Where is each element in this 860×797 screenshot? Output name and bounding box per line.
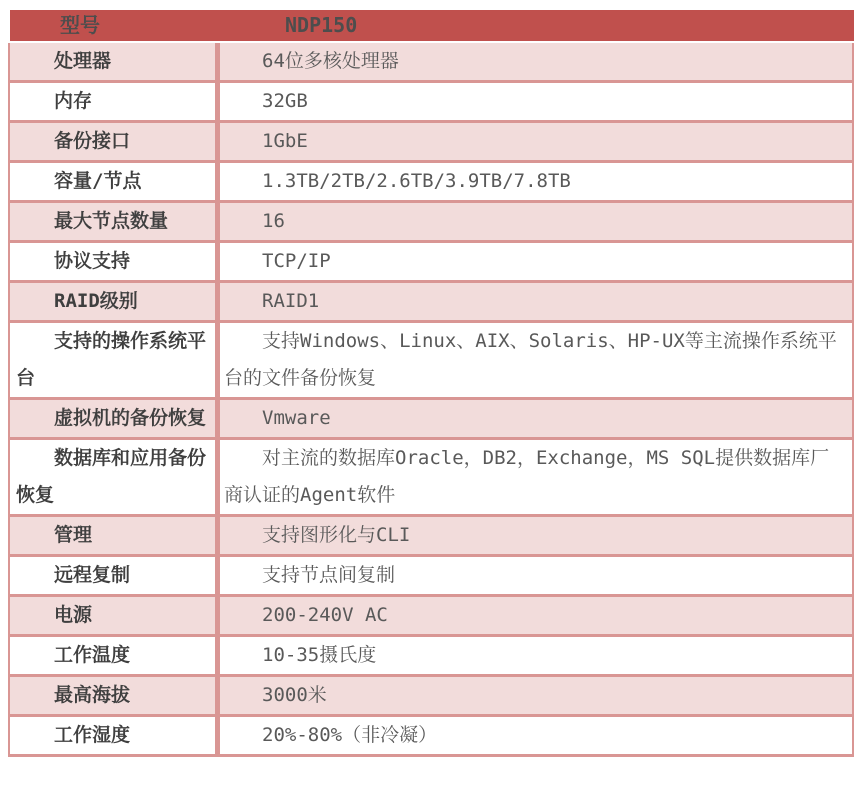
spec-name-cell: 远程复制	[10, 557, 220, 594]
spec-value-cell: 1.3TB/2TB/2.6TB/3.9TB/7.8TB	[220, 163, 852, 200]
table-header-row: 型号 NDP150	[10, 10, 854, 41]
header-model-label: 型号	[10, 10, 222, 41]
spec-value-cell: 200-240V AC	[220, 597, 852, 634]
spec-value: 32GB	[224, 83, 846, 120]
spec-name: 工作湿度	[16, 717, 213, 754]
table-row: 电源 200-240V AC	[10, 597, 852, 637]
table-row: 虚拟机的备份恢复 Vmware	[10, 400, 852, 440]
spec-name-cell: RAID级别	[10, 283, 220, 320]
spec-value-cell: 64位多核处理器	[220, 43, 852, 80]
spec-value-cell: 10-35摄氏度	[220, 637, 852, 674]
spec-value: 1.3TB/2TB/2.6TB/3.9TB/7.8TB	[224, 163, 846, 200]
spec-value: 20%-80%（非冷凝）	[224, 717, 846, 754]
spec-value: 3000米	[224, 677, 846, 714]
spec-value: 支持Windows、Linux、AIX、Solaris、HP-UX等主流操作系统…	[224, 323, 846, 397]
spec-name-cell: 备份接口	[10, 123, 220, 160]
table-row: 内存 32GB	[10, 83, 852, 123]
spec-name: 协议支持	[16, 243, 213, 280]
spec-value: Vmware	[224, 400, 846, 437]
table-row: 管理 支持图形化与CLI	[10, 517, 852, 557]
spec-name: 最高海拔	[16, 677, 213, 714]
spec-value-cell: 16	[220, 203, 852, 240]
spec-value-cell: 支持Windows、Linux、AIX、Solaris、HP-UX等主流操作系统…	[220, 323, 852, 397]
spec-name-cell: 最高海拔	[10, 677, 220, 714]
spec-value-cell: 支持节点间复制	[220, 557, 852, 594]
spec-value: 200-240V AC	[224, 597, 846, 634]
spec-value: 支持节点间复制	[224, 557, 846, 594]
table-row: 容量/节点 1.3TB/2TB/2.6TB/3.9TB/7.8TB	[10, 163, 852, 203]
spec-value: TCP/IP	[224, 243, 846, 280]
spec-value: 支持图形化与CLI	[224, 517, 846, 554]
spec-name: 虚拟机的备份恢复	[16, 400, 213, 437]
spec-name-cell: 工作温度	[10, 637, 220, 674]
table-row: 数据库和应用备份恢复 对主流的数据库Oracle，DB2，Exchange，MS…	[10, 440, 852, 517]
table-body: 处理器 64位多核处理器 内存 32GB 备份接口 1GbE 容量/节点 1.3…	[8, 43, 854, 757]
table-row: 备份接口 1GbE	[10, 123, 852, 163]
spec-name-cell: 最大节点数量	[10, 203, 220, 240]
spec-value-cell: 3000米	[220, 677, 852, 714]
table-row: 协议支持 TCP/IP	[10, 243, 852, 283]
spec-name-cell: 虚拟机的备份恢复	[10, 400, 220, 437]
spec-name: 数据库和应用备份恢复	[16, 440, 213, 514]
spec-name: 备份接口	[16, 123, 213, 160]
header-model-value: NDP150	[222, 10, 854, 41]
spec-value-cell: 支持图形化与CLI	[220, 517, 852, 554]
spec-name-cell: 电源	[10, 597, 220, 634]
table-row: 处理器 64位多核处理器	[10, 43, 852, 83]
table-row: 最大节点数量 16	[10, 203, 852, 243]
spec-name: RAID级别	[16, 283, 213, 320]
table-row: 工作温度 10-35摄氏度	[10, 637, 852, 677]
spec-name-cell: 容量/节点	[10, 163, 220, 200]
spec-value: 1GbE	[224, 123, 846, 160]
spec-name-cell: 工作湿度	[10, 717, 220, 754]
table-row: 工作湿度 20%-80%（非冷凝）	[10, 717, 852, 757]
table-row: RAID级别 RAID1	[10, 283, 852, 323]
product-spec-table: 型号 NDP150 处理器 64位多核处理器 内存 32GB 备份接口 1GbE…	[8, 10, 854, 757]
spec-name: 电源	[16, 597, 213, 634]
spec-value: 10-35摄氏度	[224, 637, 846, 674]
spec-value-cell: RAID1	[220, 283, 852, 320]
spec-name: 管理	[16, 517, 213, 554]
spec-name: 工作温度	[16, 637, 213, 674]
spec-value-cell: 对主流的数据库Oracle，DB2，Exchange，MS SQL提供数据库厂商…	[220, 440, 852, 514]
spec-value-cell: 1GbE	[220, 123, 852, 160]
spec-value: 64位多核处理器	[224, 43, 846, 80]
spec-value-cell: TCP/IP	[220, 243, 852, 280]
spec-value-cell: 20%-80%（非冷凝）	[220, 717, 852, 754]
spec-name: 最大节点数量	[16, 203, 213, 240]
spec-value: 16	[224, 203, 846, 240]
spec-value: RAID1	[224, 283, 846, 320]
spec-name: 处理器	[16, 43, 213, 80]
spec-name: 容量/节点	[16, 163, 213, 200]
spec-name: 支持的操作系统平台	[16, 323, 213, 397]
table-row: 远程复制 支持节点间复制	[10, 557, 852, 597]
spec-name-cell: 处理器	[10, 43, 220, 80]
spec-value-cell: Vmware	[220, 400, 852, 437]
spec-name-cell: 支持的操作系统平台	[10, 323, 220, 397]
spec-name: 内存	[16, 83, 213, 120]
spec-name-cell: 数据库和应用备份恢复	[10, 440, 220, 514]
spec-name: 远程复制	[16, 557, 213, 594]
spec-name-cell: 管理	[10, 517, 220, 554]
spec-name-cell: 内存	[10, 83, 220, 120]
spec-value: 对主流的数据库Oracle，DB2，Exchange，MS SQL提供数据库厂商…	[224, 440, 846, 514]
table-row: 支持的操作系统平台 支持Windows、Linux、AIX、Solaris、HP…	[10, 323, 852, 400]
table-row: 最高海拔 3000米	[10, 677, 852, 717]
spec-value-cell: 32GB	[220, 83, 852, 120]
spec-name-cell: 协议支持	[10, 243, 220, 280]
